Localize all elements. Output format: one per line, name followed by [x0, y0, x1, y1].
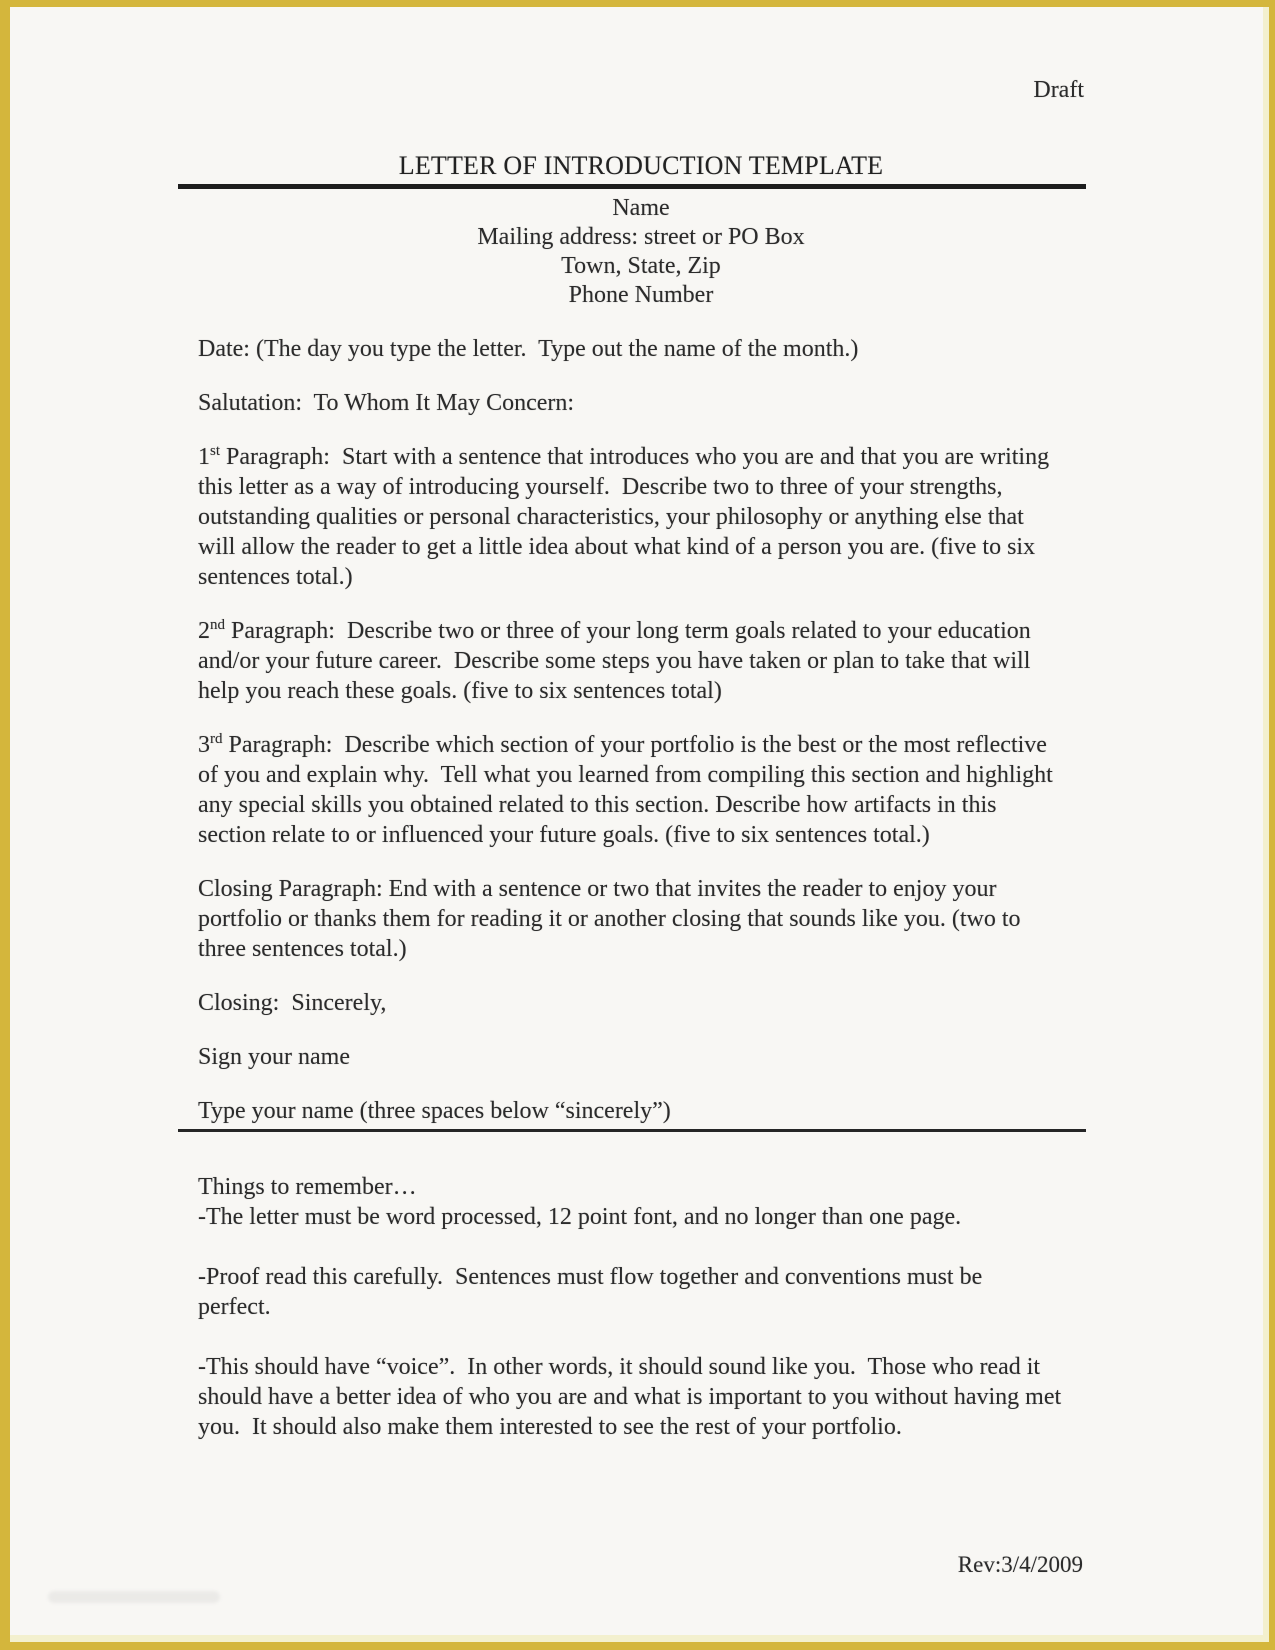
paragraph-2-ordinal: 2 [198, 618, 210, 644]
paragraph-3-ordinal: 3 [198, 732, 210, 758]
sign-line: Sign your name [198, 1042, 1164, 1072]
note-voice: -This should have “voice”. In other word… [198, 1352, 1164, 1442]
type-line: Type your name (three spaces below “sinc… [198, 1096, 1164, 1126]
footer-rule [178, 1129, 1086, 1132]
notes-heading: Things to remember… [198, 1174, 417, 1200]
address-line-town: Town, State, Zip [198, 252, 1084, 281]
closing-paragraph: Closing Paragraph: End with a sentence o… [198, 874, 1164, 964]
revision-label: Rev:3/4/2009 [958, 1550, 1083, 1580]
paragraph-2: 2nd Paragraph: Describe two or three of … [198, 616, 1164, 706]
paragraph-3-ordinal-suffix: rd [210, 731, 223, 747]
page-title: LETTER OF INTRODUCTION TEMPLATE [198, 150, 1084, 182]
address-line-mailing: Mailing address: street or PO Box [198, 223, 1084, 252]
salutation-line: Salutation: To Whom It May Concern: [198, 388, 1164, 418]
date-line: Date: (The day you type the letter. Type… [198, 334, 1164, 364]
paragraph-1-ordinal-suffix: st [210, 443, 220, 459]
notes-heading-block: Things to remember…-The letter must be w… [198, 1172, 1164, 1232]
document-content: Draft LETTER OF INTRODUCTION TEMPLATE Na… [10, 75, 1269, 1442]
paragraph-2-ordinal-suffix: nd [210, 617, 225, 633]
paragraph-1-ordinal: 1 [198, 444, 210, 470]
note-word-processed: -The letter must be word processed, 12 p… [198, 1204, 961, 1230]
title-underline [178, 184, 1086, 189]
note-proofread: -Proof read this carefully. Sentences mu… [198, 1262, 1164, 1322]
closing-line: Closing: Sincerely, [198, 988, 1164, 1018]
address-line-name: Name [198, 194, 1084, 223]
draft-label: Draft [198, 75, 1084, 105]
header-address-block: Name Mailing address: street or PO Box T… [198, 194, 1084, 310]
paragraph-3: 3rd Paragraph: Describe which section of… [198, 730, 1164, 850]
address-line-phone: Phone Number [198, 281, 1084, 310]
paragraph-3-text: Paragraph: Describe which section of you… [198, 732, 1053, 848]
paragraph-1: 1st Paragraph: Start with a sentence tha… [198, 442, 1164, 592]
paragraph-1-text: Paragraph: Start with a sentence that in… [198, 444, 1049, 590]
document-page: Draft LETTER OF INTRODUCTION TEMPLATE Na… [0, 0, 1275, 1650]
watermark [48, 1591, 220, 1603]
paragraph-2-text: Paragraph: Describe two or three of your… [198, 618, 1031, 704]
